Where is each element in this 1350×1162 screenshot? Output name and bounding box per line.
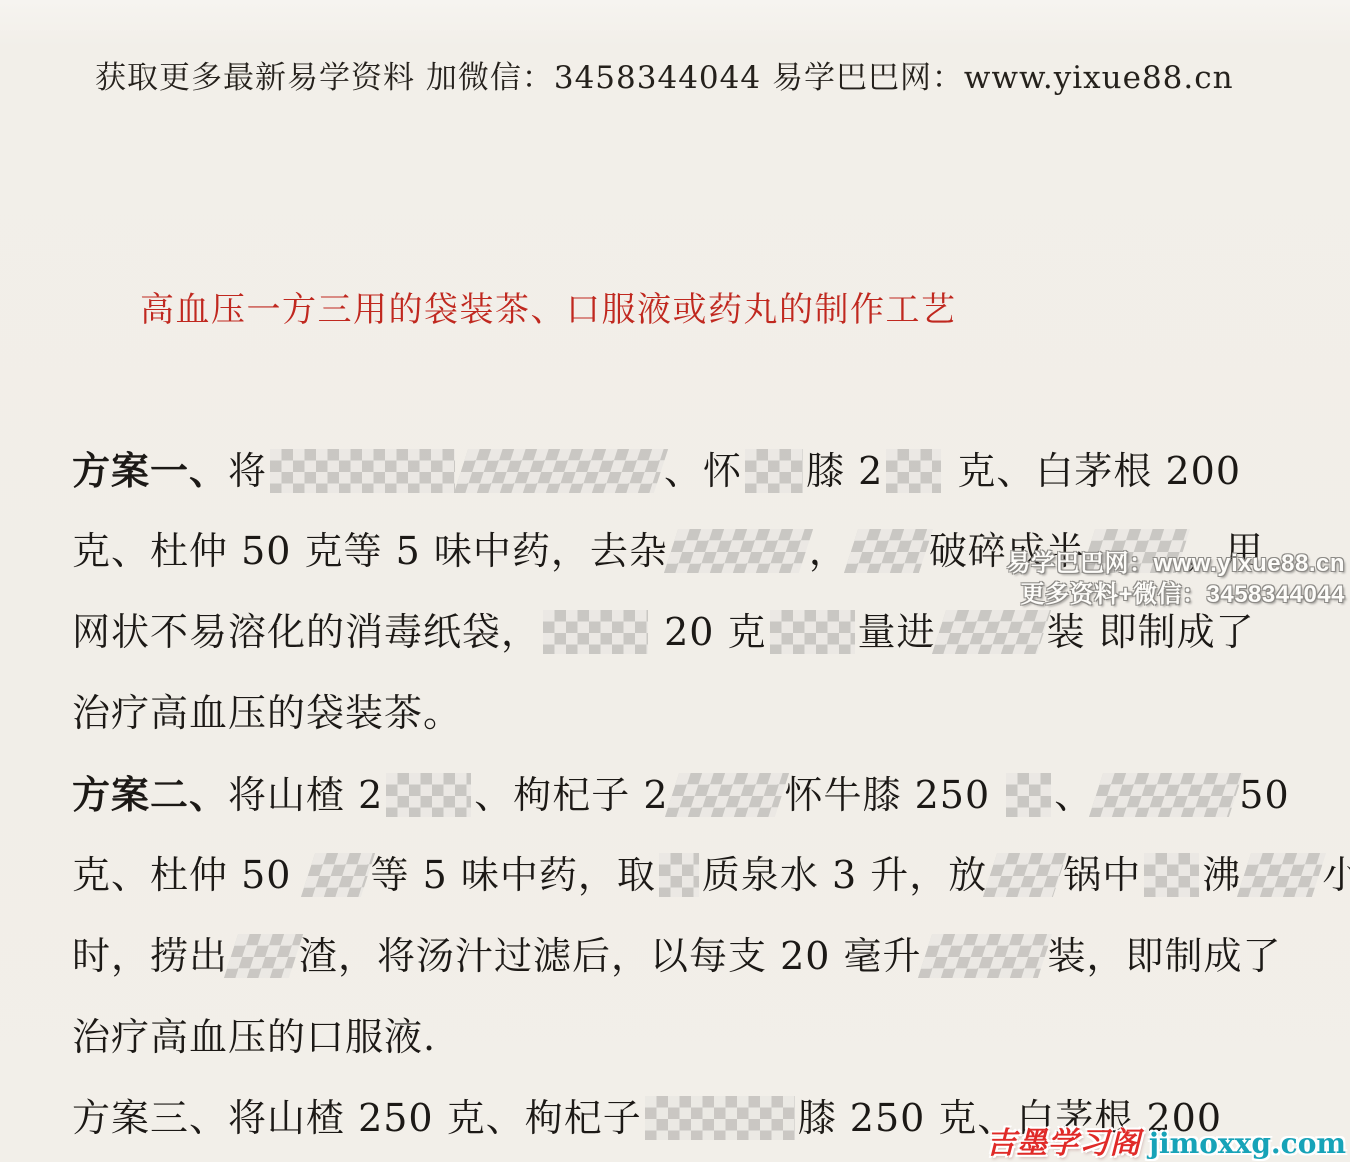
text-run: 治疗高血压的口服液. bbox=[72, 1015, 436, 1059]
censor-mosaic bbox=[270, 449, 455, 493]
body-line: 治疗高血压的口服液. bbox=[72, 997, 1310, 1078]
plan-label: 方案二、 bbox=[72, 772, 228, 817]
text-run: 装，即制成了 bbox=[1048, 934, 1282, 978]
watermark-jimo: 吉墨学习阁 jimoxxg.com bbox=[986, 1118, 1346, 1162]
body-line: 治疗高血压的袋装茶。 bbox=[72, 673, 1310, 754]
header-ad-text: 获取更多最新易学资料 加微信：3458344044 易学巴巴网：www.yixu… bbox=[95, 52, 1234, 97]
text-run: 50 bbox=[1239, 773, 1289, 817]
censor-mosaic bbox=[931, 610, 1050, 654]
body-line: 克、杜仲 50 等 5 味中药，取质泉水 3 升，放锅中沸小 bbox=[72, 835, 1310, 916]
text-run: 、枸杞子 2 bbox=[474, 773, 668, 817]
censor-mosaic bbox=[1144, 853, 1199, 897]
text-run: 怀牛膝 250 bbox=[785, 773, 1004, 817]
censor-mosaic bbox=[983, 853, 1067, 897]
text-run: 锅中 bbox=[1063, 853, 1141, 897]
text-run: 治疗高血压的袋装茶。 bbox=[72, 691, 462, 735]
body-line: 方案二、将山楂 2、枸杞子 2怀牛膝 250 、50 bbox=[72, 754, 1310, 835]
text-run: 渣，将汤汁过滤后，以每支 20 毫升 bbox=[299, 934, 922, 978]
text-run: 质泉水 3 升，放 bbox=[702, 853, 987, 897]
censor-mosaic bbox=[917, 934, 1051, 978]
text-run: 装 即制成了 bbox=[1047, 610, 1255, 654]
text-run: ， bbox=[809, 529, 848, 573]
text-run: 克、白茅根 200 bbox=[944, 449, 1241, 493]
censor-mosaic bbox=[886, 449, 941, 493]
censor-mosaic bbox=[224, 934, 303, 978]
censor-mosaic bbox=[745, 449, 803, 493]
document-body: 方案一、将、怀膝 2 克、白茅根 200 克、杜仲 50 克等 5 味中药，去杂… bbox=[72, 430, 1310, 1159]
page-title: 高血压一方三用的袋装茶、口服液或药丸的制作工艺 bbox=[140, 282, 957, 331]
watermark-yixue: 易学巴巴网：www.yixue88.cn 更多资料+微信：3458344044 bbox=[1006, 548, 1345, 610]
censor-mosaic bbox=[386, 773, 471, 817]
text-run: 量进 bbox=[858, 610, 936, 654]
text-run: 时，捞出 bbox=[72, 934, 228, 978]
text-run: 、怀 bbox=[664, 449, 742, 493]
watermark-yixue-wechat: 更多资料+微信：3458344044 bbox=[1006, 579, 1345, 610]
text-run: 等 5 味中药，取 bbox=[371, 853, 656, 897]
watermark-yixue-site: 易学巴巴网：www.yixue88.cn bbox=[1006, 548, 1345, 579]
censor-mosaic bbox=[664, 773, 788, 817]
text-run: 网状不易溶化的消毒纸袋， bbox=[72, 610, 540, 654]
text-run: 克、杜仲 50 bbox=[72, 853, 305, 897]
scanned-document-page: 获取更多最新易学资料 加微信：3458344044 易学巴巴网：www.yixu… bbox=[0, 0, 1350, 1162]
censor-mosaic bbox=[659, 853, 699, 897]
body-line: 时，捞出渣，将汤汁过滤后，以每支 20 毫升装，即制成了 bbox=[72, 916, 1310, 997]
censor-mosaic bbox=[454, 449, 668, 493]
censor-mosaic bbox=[664, 529, 813, 573]
text-run: 、 bbox=[1054, 773, 1093, 817]
text-run: 将 bbox=[228, 449, 267, 493]
text-run: 膝 2 bbox=[806, 449, 883, 493]
watermark-jimo-name: 吉墨学习阁 bbox=[986, 1118, 1141, 1162]
text-run: 将山楂 2 bbox=[228, 773, 383, 817]
censor-mosaic bbox=[1089, 773, 1243, 817]
censor-mosaic bbox=[1237, 853, 1326, 897]
plan-label: 方案一、 bbox=[72, 448, 228, 493]
censor-mosaic bbox=[1006, 773, 1051, 817]
text-run: 沸 bbox=[1202, 853, 1241, 897]
censor-mosaic bbox=[645, 1096, 795, 1140]
text-run: 方案三、将山楂 250 克、枸杞子 bbox=[72, 1096, 642, 1140]
watermark-jimo-url: jimoxxg.com bbox=[1149, 1127, 1346, 1160]
censor-mosaic bbox=[770, 610, 855, 654]
censor-mosaic bbox=[300, 853, 374, 897]
text-run: 克、杜仲 50 克等 5 味中药，去杂 bbox=[72, 529, 668, 573]
censor-mosaic bbox=[543, 610, 648, 654]
censor-mosaic bbox=[844, 529, 933, 573]
body-line: 方案一、将、怀膝 2 克、白茅根 200 bbox=[72, 430, 1310, 511]
text-run: 20 克 bbox=[651, 610, 767, 654]
text-run: 小 bbox=[1322, 853, 1350, 897]
